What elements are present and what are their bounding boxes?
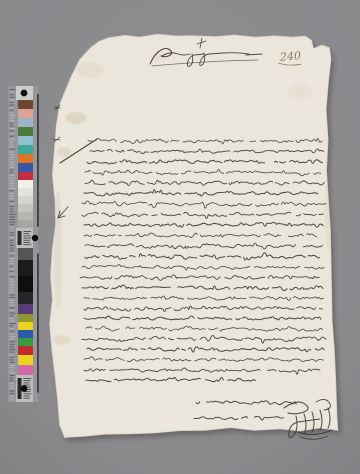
- bar-shadow-line: [37, 94, 39, 227]
- color-patch-blue-2: [18, 330, 33, 338]
- color-patch-yellow-2: [18, 355, 33, 365]
- color-patch-salmon: [18, 109, 33, 118]
- color-patch-gray-step-3: [18, 196, 33, 204]
- color-patch-green-2: [18, 338, 33, 346]
- color-patch-purple: [18, 304, 33, 314]
- color-patch-teal: [18, 145, 33, 154]
- archival-photo-stage: 240: [0, 0, 360, 474]
- color-patch-gray-step-2: [18, 188, 33, 196]
- color-calibration-bar: [8, 86, 39, 402]
- color-patch-black-step-2: [18, 276, 33, 292]
- color-patch-gray-step-4: [18, 204, 33, 212]
- color-patch-green: [18, 127, 33, 136]
- color-patch-sky-blue: [18, 136, 33, 145]
- manuscript-photo: 240: [0, 0, 360, 474]
- color-patch-black-step-1: [18, 260, 33, 276]
- registration-dot: [21, 385, 28, 392]
- color-patch-light-blue: [18, 118, 33, 127]
- color-patch-yellow-1: [18, 322, 33, 330]
- color-patch-charcoal: [18, 292, 33, 304]
- color-patch-gray-step-1: [18, 180, 33, 188]
- color-patch-gray-step-6: [18, 220, 33, 228]
- color-patch-magenta: [18, 365, 33, 375]
- barcode-block: [18, 231, 22, 245]
- color-patch-orange: [18, 154, 33, 163]
- registration-dot: [21, 90, 28, 97]
- color-patch-brown: [18, 100, 33, 109]
- registration-dot: [32, 235, 38, 241]
- folio-number: 240: [278, 49, 301, 64]
- color-patch-dark-gray: [18, 248, 33, 260]
- color-patch-blue: [18, 163, 33, 172]
- color-patch-olive: [18, 314, 33, 322]
- color-patch-red: [18, 172, 33, 180]
- color-patch-gray-step-5: [18, 212, 33, 220]
- color-patch-red-2: [18, 346, 33, 355]
